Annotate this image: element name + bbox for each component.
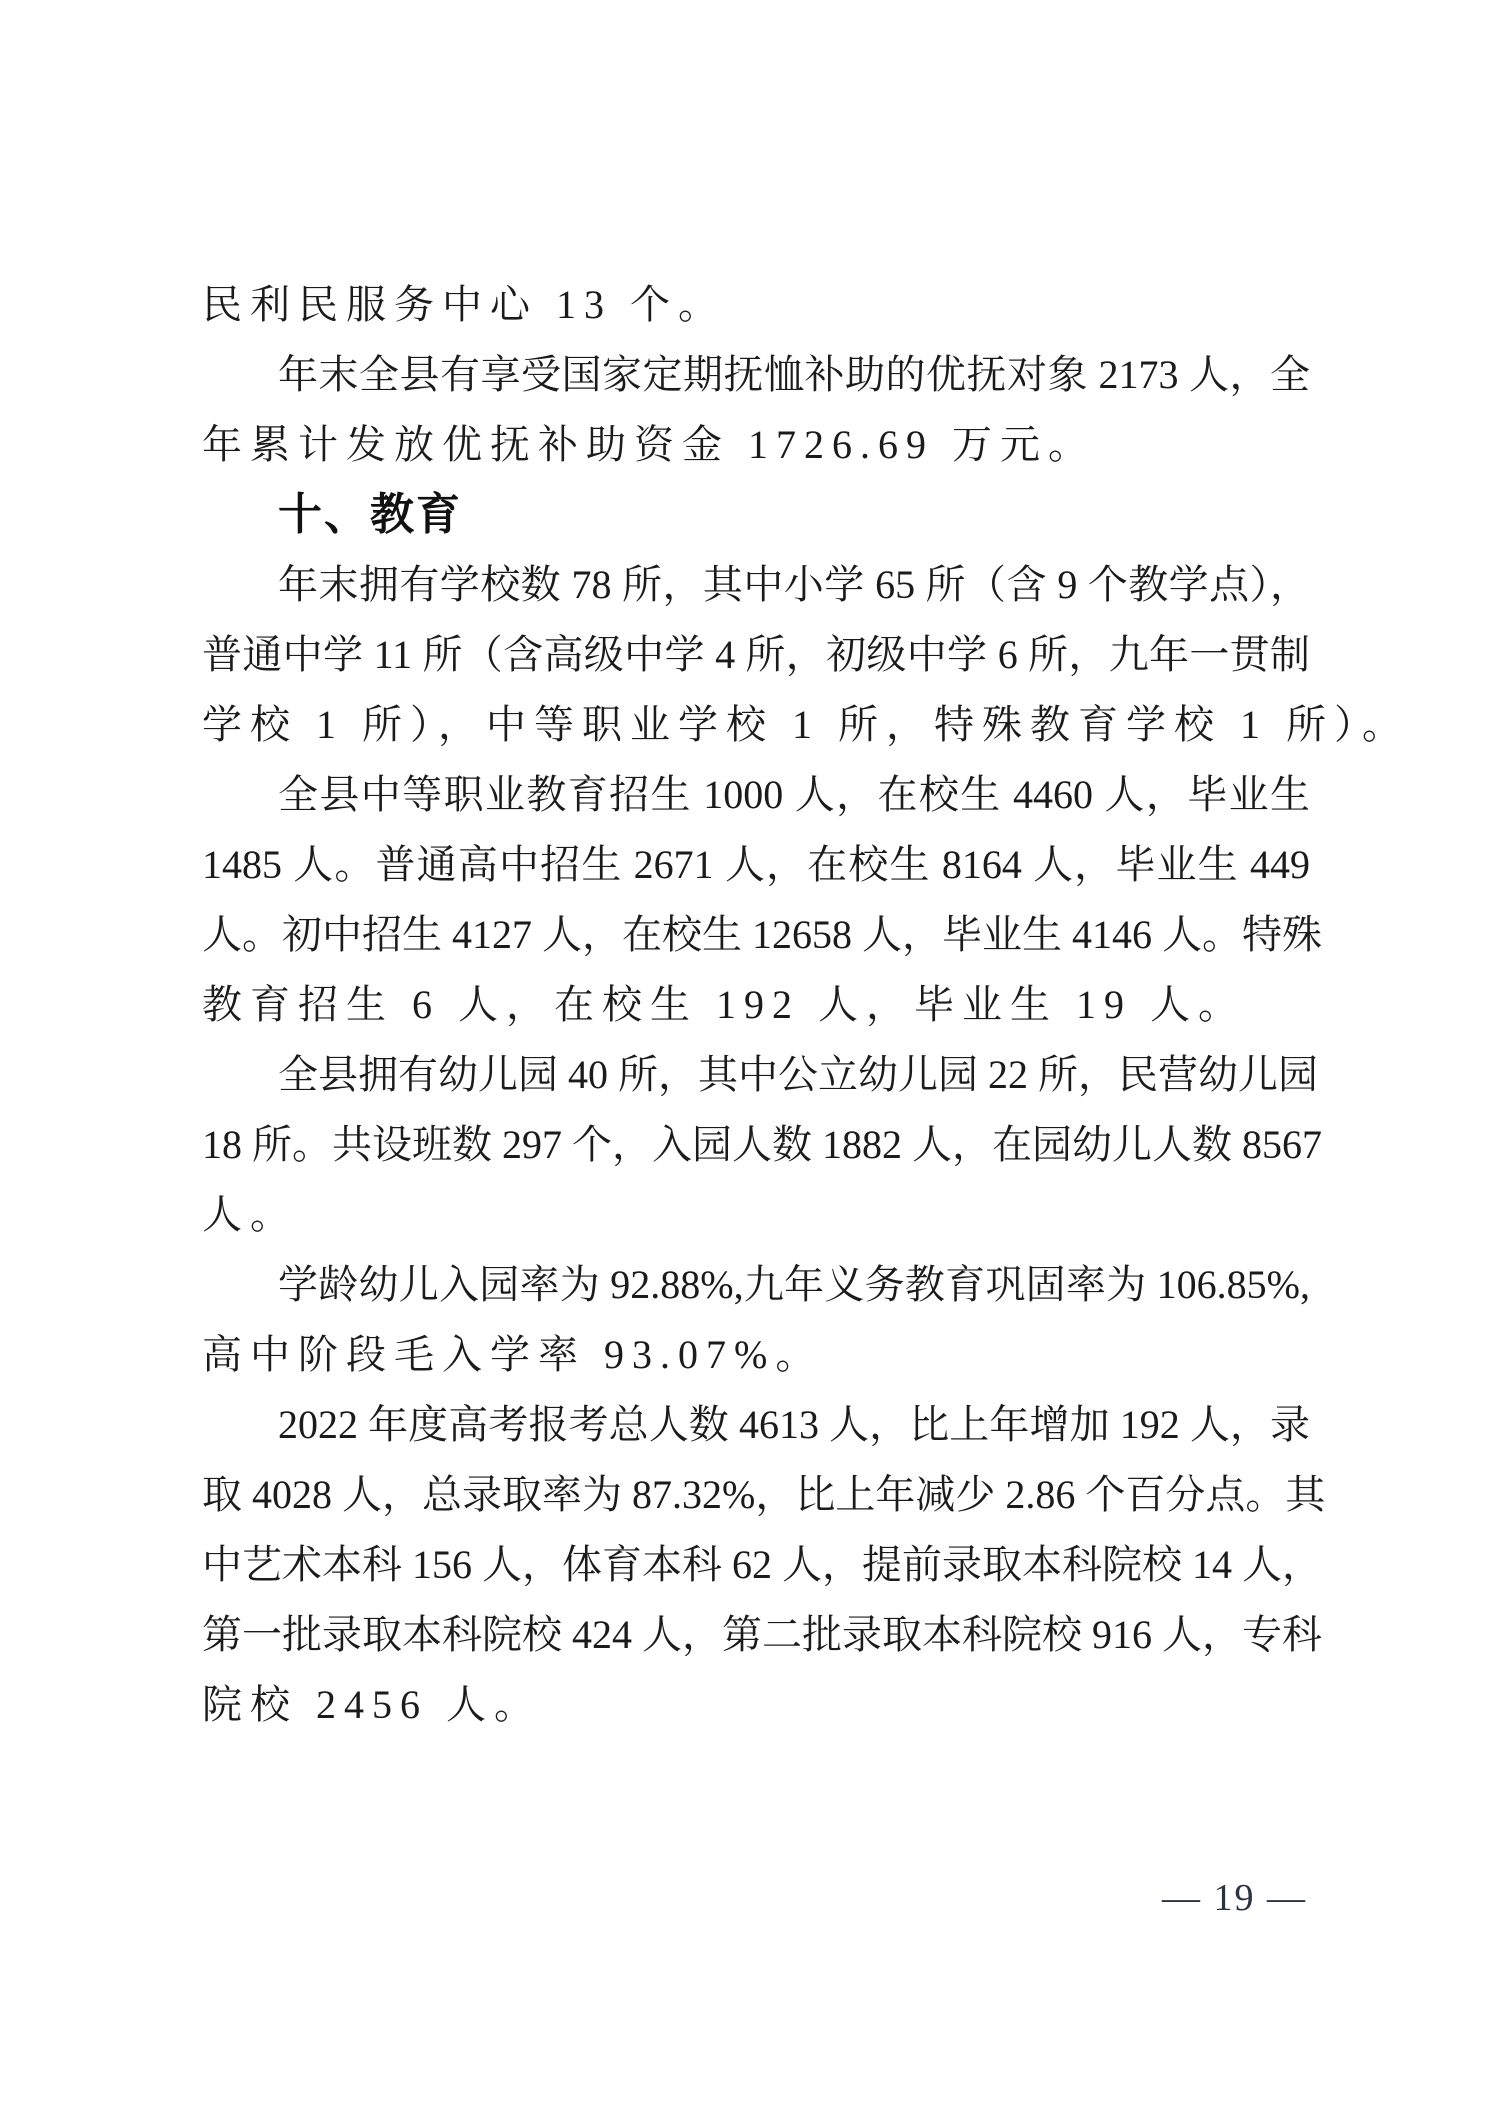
text-line: 教育招生 6 人，在校生 192 人，毕业生 19 人。 (202, 970, 1310, 1040)
document-body: 民利民服务中心 13 个。年末全县有享受国家定期抚恤补助的优抚对象 2173 人… (202, 270, 1310, 1740)
text-line: 年末拥有学校数 78 所，其中小学 65 所（含 9 个教学点）， (202, 550, 1310, 620)
text-line: 第一批录取本科院校 424 人，第二批录取本科院校 916 人，专科 (202, 1600, 1310, 1670)
page-number: — 19 — (1162, 1877, 1307, 1919)
text-line: 人。 (202, 1180, 1310, 1250)
text-line: 普通中学 11 所（含高级中学 4 所，初级中学 6 所，九年一贯制 (202, 620, 1310, 690)
document-page: 民利民服务中心 13 个。年末全县有享受国家定期抚恤补助的优抚对象 2173 人… (0, 0, 1486, 2103)
section-heading: 十、教育 (202, 480, 1310, 550)
text-line: 年累计发放优抚补助资金 1726.69 万元。 (202, 410, 1310, 480)
text-line: 全县中等职业教育招生 1000 人，在校生 4460 人，毕业生 (202, 760, 1310, 830)
text-line: 人。初中招生 4127 人，在校生 12658 人，毕业生 4146 人。特殊 (202, 900, 1310, 970)
text-line: 2022 年度高考报考总人数 4613 人，比上年增加 192 人，录 (202, 1390, 1310, 1460)
text-line: 1485 人。普通高中招生 2671 人，在校生 8164 人，毕业生 449 (202, 830, 1310, 900)
text-line: 学校 1 所），中等职业学校 1 所，特殊教育学校 1 所）。 (202, 690, 1310, 760)
page-footer: — 19 — (1162, 1876, 1307, 1920)
text-line: 取 4028 人，总录取率为 87.32%，比上年减少 2.86 个百分点。其 (202, 1460, 1310, 1530)
text-line: 全县拥有幼儿园 40 所，其中公立幼儿园 22 所，民营幼儿园 (202, 1040, 1310, 1110)
text-line: 高中阶段毛入学率 93.07%。 (202, 1320, 1310, 1390)
text-line: 中艺术本科 156 人，体育本科 62 人，提前录取本科院校 14 人， (202, 1530, 1310, 1600)
text-line: 年末全县有享受国家定期抚恤补助的优抚对象 2173 人，全 (202, 340, 1310, 410)
text-line: 学龄幼儿入园率为 92.88%,九年义务教育巩固率为 106.85%, (202, 1250, 1310, 1320)
text-line: 民利民服务中心 13 个。 (202, 270, 1310, 340)
text-line: 院校 2456 人。 (202, 1670, 1310, 1740)
text-line: 18 所。共设班数 297 个，入园人数 1882 人，在园幼儿人数 8567 (202, 1110, 1310, 1180)
